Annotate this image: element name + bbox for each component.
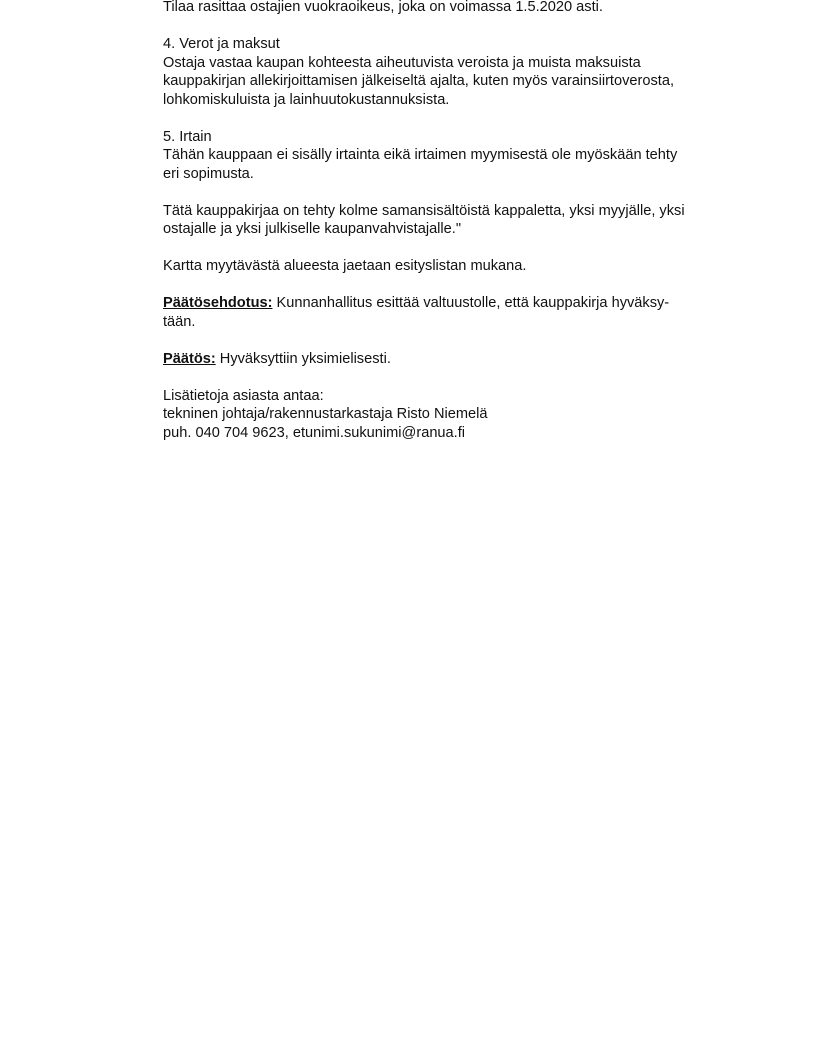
lease-paragraph: Tilaa rasittaa ostajien vuokraoikeus, jo… — [163, 0, 753, 17]
proposal-label: Päätösehdotus: — [163, 295, 272, 311]
movables-section: 5. Irtain Tähän kauppaan ei sisälly irta… — [163, 128, 753, 184]
movables-text-line: Tähän kauppaan ei sisälly irtainta eikä … — [163, 146, 753, 165]
taxes-text-line: kauppakirjan allekirjoittamisen jälkeise… — [163, 72, 753, 91]
copies-text-line: Tätä kauppakirjaa on tehty kolme samansi… — [163, 202, 753, 221]
movables-heading: 5. Irtain — [163, 128, 753, 147]
contact-details: puh. 040 704 9623, etunimi.sukunimi@ranu… — [163, 424, 753, 443]
copies-paragraph: Tätä kauppakirjaa on tehty kolme samansi… — [163, 202, 753, 239]
decision-line: Päätös: Hyväksyttiin yksimielisesti. — [163, 350, 753, 369]
taxes-text-line: lohkomiskuluista ja lainhuutokustannuksi… — [163, 91, 753, 110]
taxes-text-line: Ostaja vastaa kaupan kohteesta aiheutuvi… — [163, 54, 753, 73]
contact-paragraph: Lisätietoja asiasta antaa: tekninen joht… — [163, 387, 753, 443]
proposal-text: Kunnanhallitus esittää valtuustolle, ett… — [272, 295, 669, 311]
contact-intro: Lisätietoja asiasta antaa: — [163, 387, 753, 406]
map-paragraph: Kartta myytävästä alueesta jaetaan esity… — [163, 257, 753, 276]
map-text: Kartta myytävästä alueesta jaetaan esity… — [163, 257, 753, 276]
taxes-heading: 4. Verot ja maksut — [163, 35, 753, 54]
copies-text-line: ostajalle ja yksi julkiselle kaupanvahvi… — [163, 220, 753, 239]
decision-text: Hyväksyttiin yksimielisesti. — [216, 351, 391, 367]
proposal-paragraph: Päätösehdotus: Kunnanhallitus esittää va… — [163, 294, 753, 331]
decision-label: Päätös: — [163, 351, 216, 367]
proposal-text-continued: tään. — [163, 313, 753, 332]
contact-person: tekninen johtaja/rakennustarkastaja Rist… — [163, 405, 753, 424]
lease-text: Tilaa rasittaa ostajien vuokraoikeus, jo… — [163, 0, 753, 17]
movables-text-line: eri sopimusta. — [163, 165, 753, 184]
proposal-line: Päätösehdotus: Kunnanhallitus esittää va… — [163, 294, 753, 313]
taxes-section: 4. Verot ja maksut Ostaja vastaa kaupan … — [163, 35, 753, 109]
decision-paragraph: Päätös: Hyväksyttiin yksimielisesti. — [163, 350, 753, 369]
document-page: Tilaa rasittaa ostajien vuokraoikeus, jo… — [163, 0, 753, 461]
